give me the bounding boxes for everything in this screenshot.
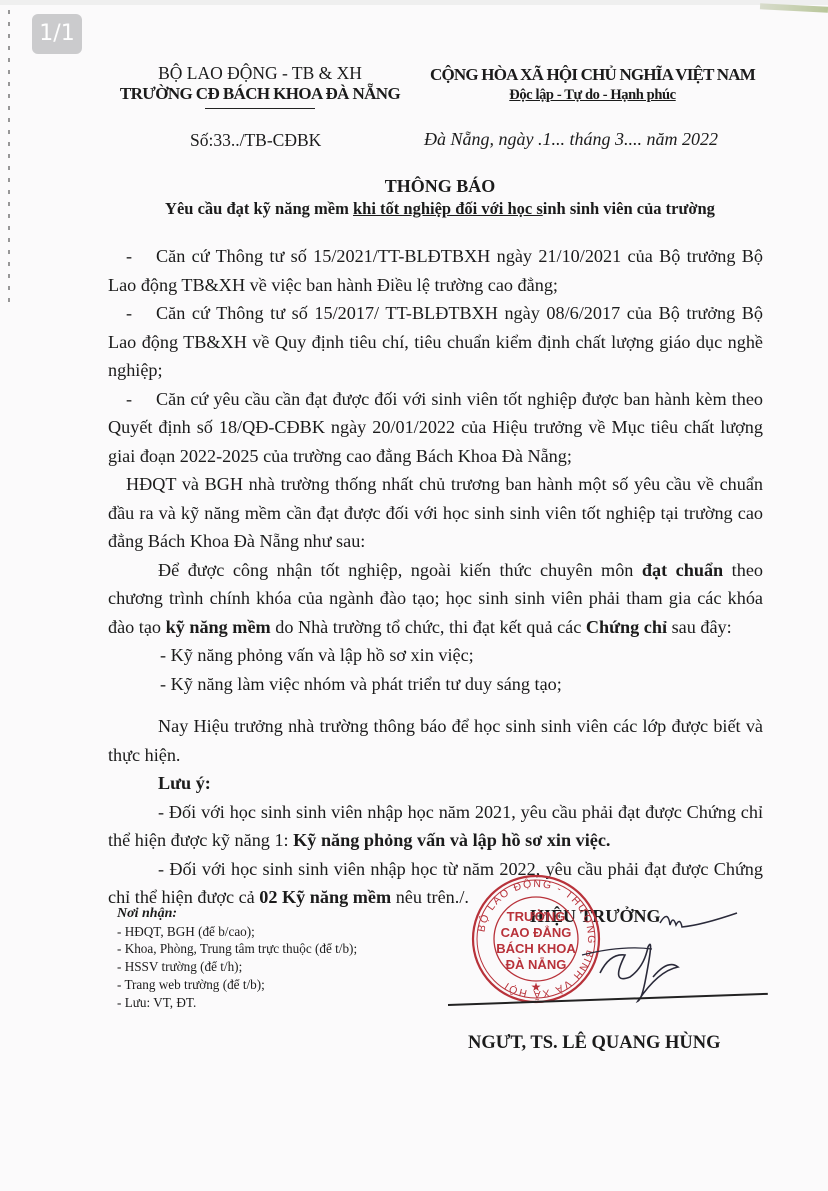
recipients-block: Nơi nhận: - HĐQT, BGH (để b/cao); - Khoa… [117, 905, 357, 1011]
document-number: Số:33../TB-CĐBK [190, 130, 321, 151]
recipient-item: - Khoa, Phòng, Trung tâm trực thuộc (để … [117, 940, 357, 958]
scan-edge [8, 10, 10, 310]
bold-text: 02 Kỹ năng mềm [259, 887, 391, 907]
ministry-name: BỘ LAO ĐỘNG - TB & XH [110, 62, 410, 84]
subtitle-underlined: khi tốt nghiệp đối với học s [353, 199, 543, 218]
bold-text: kỹ năng mềm [166, 617, 271, 637]
basis-item: -Căn cứ Thông tư số 15/2021/TT-BLĐTBXH n… [108, 242, 763, 299]
requirement-paragraph: Để được công nhận tốt nghiệp, ngoài kiến… [108, 556, 763, 642]
national-title: CỘNG HÒA XÃ HỘI CHỦ NGHĨA VIỆT NAM [410, 64, 775, 86]
document-title: THÔNG BÁO [100, 176, 780, 197]
document-subtitle: Yêu cầu đạt kỹ năng mềm khi tốt nghiệp đ… [100, 199, 780, 219]
svg-text:ĐÀ NẴNG: ĐÀ NẴNG [506, 957, 567, 972]
text: do Nhà trường tổ chức, thi đạt kết quả c… [271, 617, 586, 637]
national-motto: Độc lập - Tự do - Hạnh phúc [410, 86, 775, 104]
signer-name: NGƯT, TS. LÊ QUANG HÙNG [468, 1033, 721, 1054]
note-item: - Đối với học sinh sinh viên nhập học nă… [108, 798, 763, 855]
basis-text: Căn cứ yêu cầu cần đạt được đối với sinh… [108, 389, 763, 466]
text: Để được công nhận tốt nghiệp, ngoài kiến… [158, 560, 642, 580]
page-indicator: 1/1 [32, 14, 82, 54]
basis-text: Căn cứ Thông tư số 15/2021/TT-BLĐTBXH ng… [108, 246, 763, 295]
school-name: TRƯỜNG CĐ BÁCH KHOA ĐÀ NẴNG [110, 84, 410, 104]
recipients-heading: Nơi nhận: [117, 905, 357, 923]
announcement: Nay Hiệu trưởng nhà trường thông báo để … [108, 712, 763, 769]
skill-item: - Kỹ năng phỏng vấn và lập hồ sơ xin việ… [108, 641, 763, 670]
svg-text:★: ★ [531, 980, 542, 994]
note-label: Lưu ý: [108, 769, 763, 798]
skill-item: - Kỹ năng làm việc nhóm và phát triển tư… [108, 670, 763, 699]
basis-item: -Căn cứ yêu cầu cần đạt được đối với sin… [108, 385, 763, 471]
national-header: CỘNG HÒA XÃ HỘI CHỦ NGHĨA VIỆT NAM Độc l… [410, 64, 775, 104]
recipient-item: - HĐQT, BGH (để b/cao); [117, 923, 357, 941]
board-decision: HĐQT và BGH nhà trường thống nhất chủ tr… [108, 470, 763, 556]
svg-text:TRƯỜNG: TRƯỜNG [507, 909, 566, 924]
subtitle-part: Yêu cầu đạt kỹ năng mềm [165, 199, 353, 218]
issuer-header: BỘ LAO ĐỘNG - TB & XH TRƯỜNG CĐ BÁCH KHO… [110, 62, 410, 109]
basis-text: Căn cứ Thông tư số 15/2017/ TT-BLĐTBXH n… [108, 303, 763, 380]
bold-text: đạt chuẩn [642, 560, 723, 580]
document-body: -Căn cứ Thông tư số 15/2021/TT-BLĐTBXH n… [108, 242, 763, 912]
note-heading: Lưu ý: [158, 773, 211, 793]
recipient-item: - Trang web trường (để t/b); [117, 976, 357, 994]
recipient-item: - HSSV trường (để t/h); [117, 958, 357, 976]
bold-text: Kỹ năng phỏng vấn và lập hồ sơ xin việc. [293, 830, 610, 850]
bold-text: Chứng chỉ [586, 617, 667, 637]
header-rule [205, 108, 315, 109]
text: sau đây: [667, 617, 732, 637]
subtitle-part: inh sinh viên của trường [543, 199, 715, 218]
handwritten-signature-icon [560, 895, 740, 1005]
basis-item: -Căn cứ Thông tư số 15/2017/ TT-BLĐTBXH … [108, 299, 763, 385]
recipient-item: - Lưu: VT, ĐT. [117, 994, 357, 1012]
viewer-top-bar [0, 0, 828, 5]
document-date: Đà Nẵng, ngày .1... tháng 3.... năm 2022 [424, 129, 718, 150]
text: nêu trên./. [391, 887, 469, 907]
